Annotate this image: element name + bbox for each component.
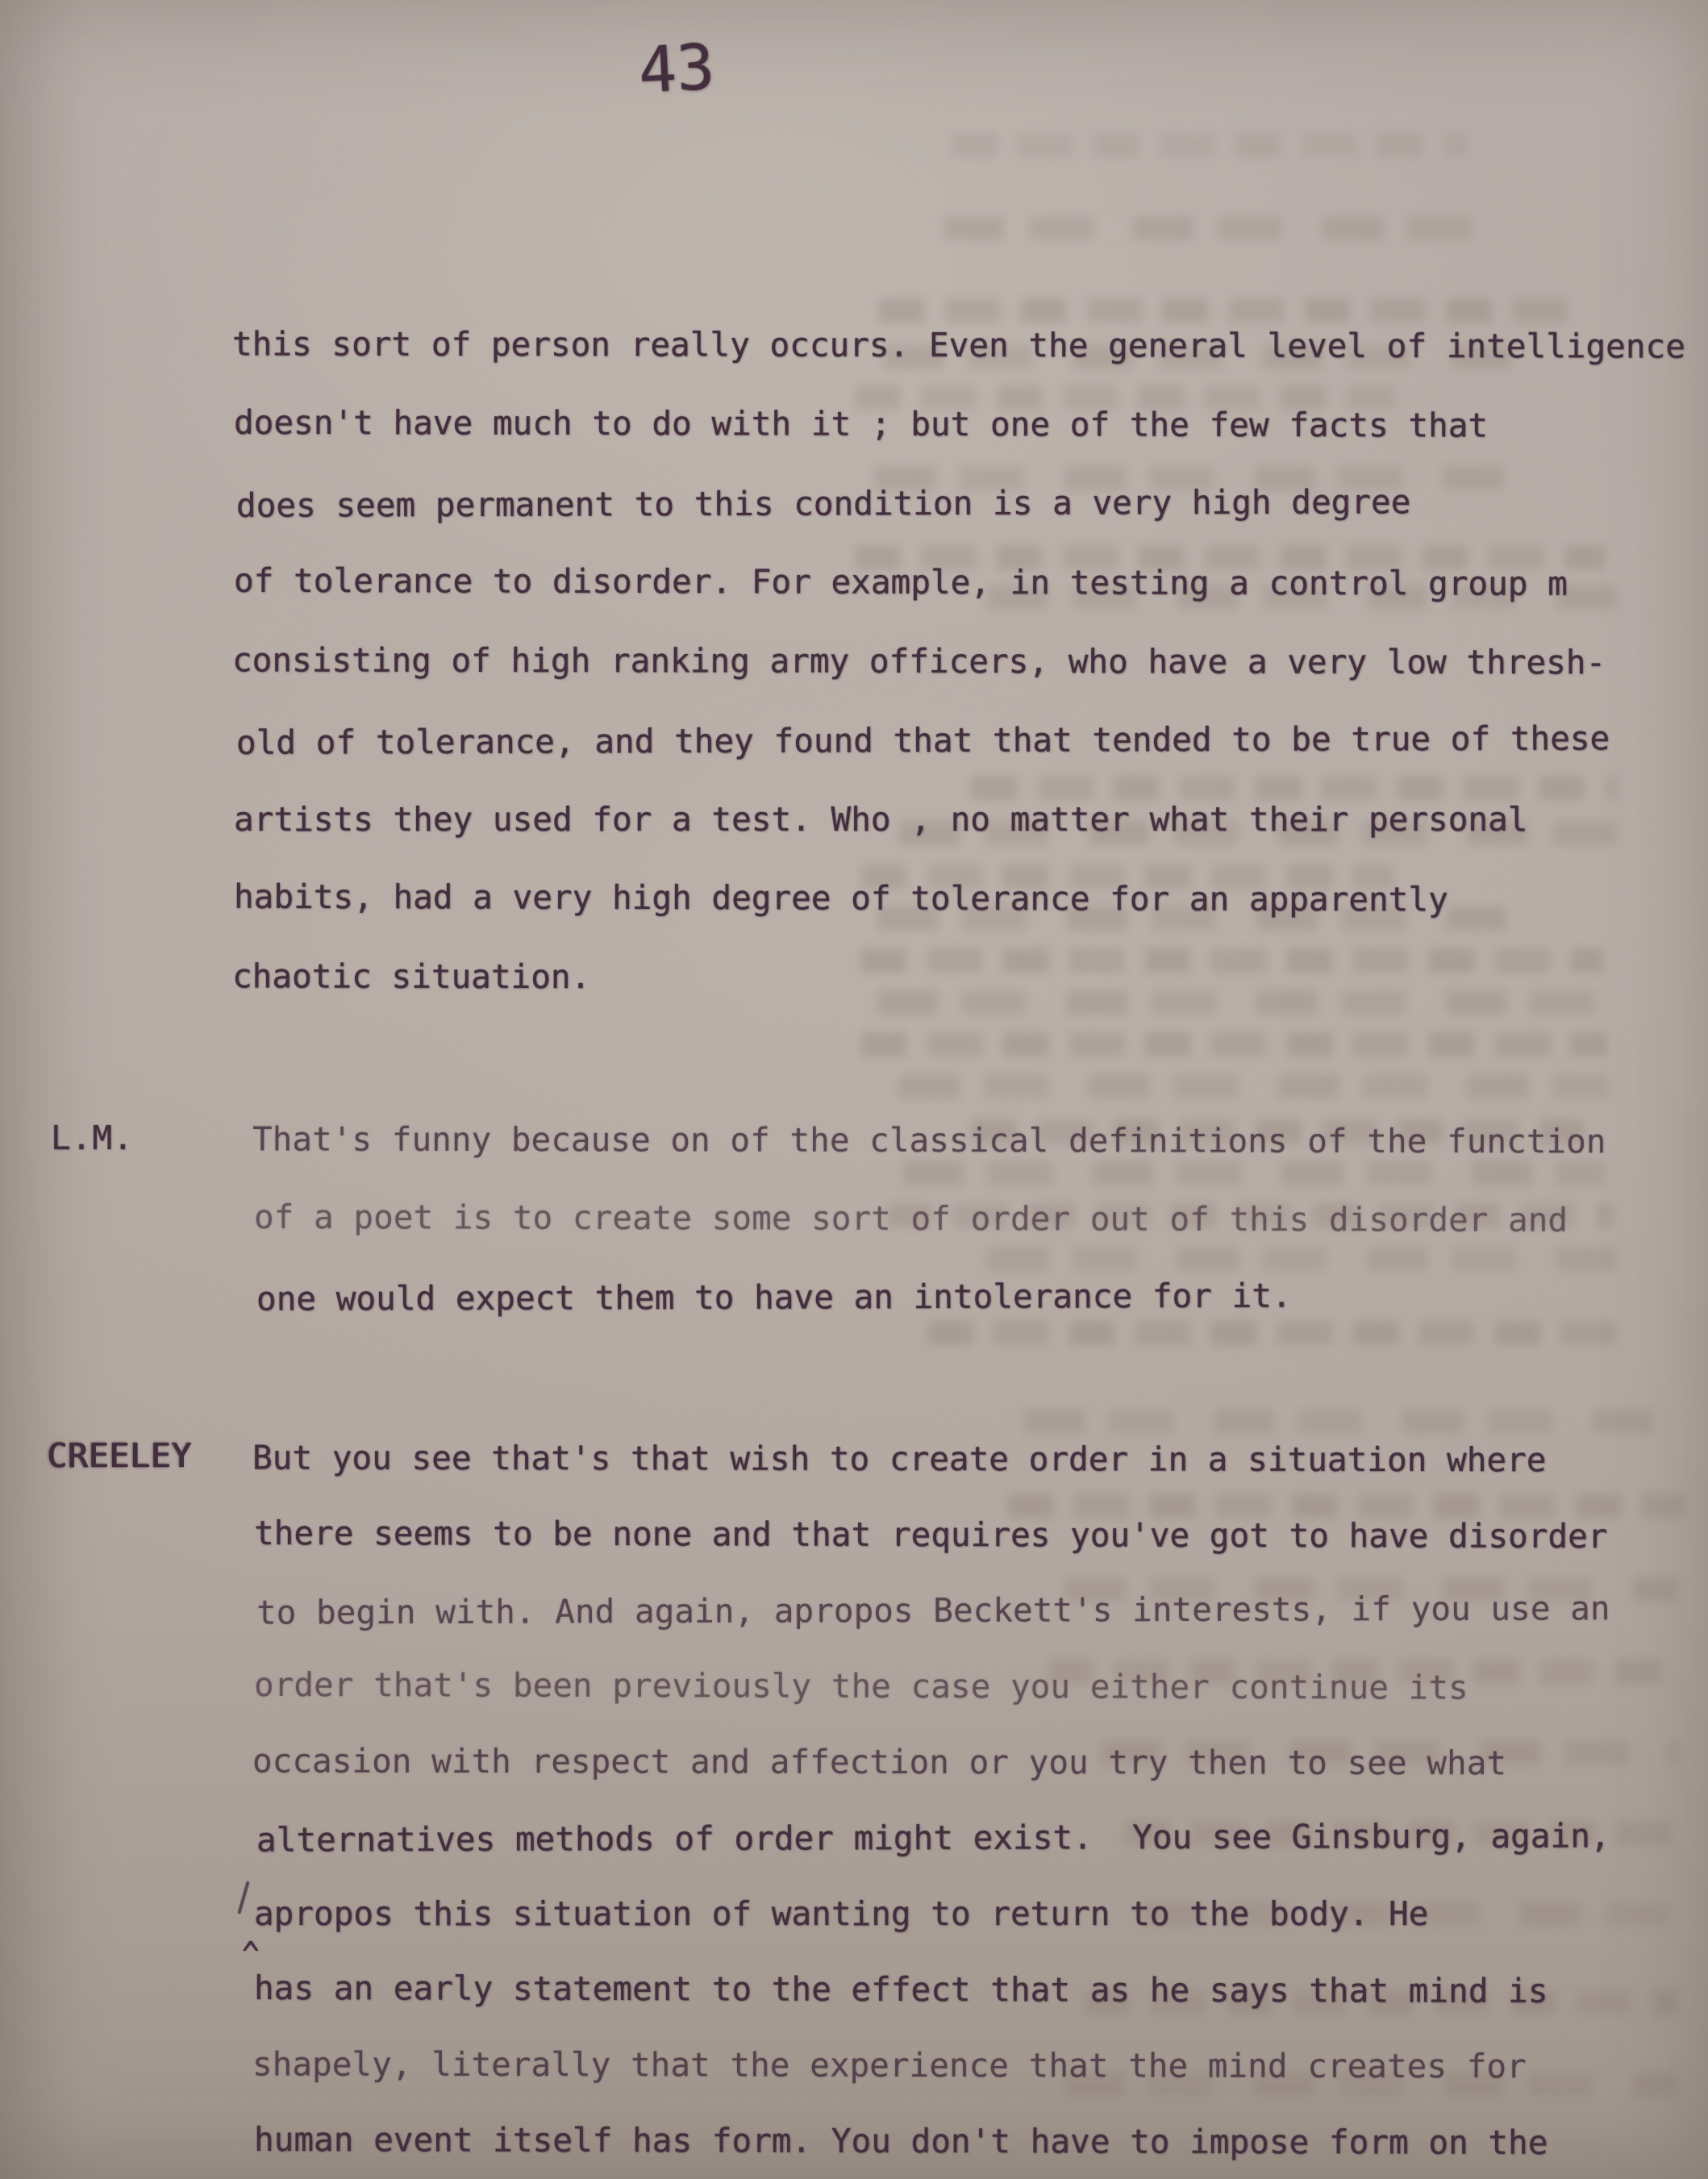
bleed-through-text [883, 1074, 1609, 1098]
text-line: consisting of high ranking army officers… [232, 620, 1685, 702]
text-line: human event itself has form. You don't h… [254, 2102, 1608, 2179]
text-line: But you see that's that wish to create o… [252, 1420, 1606, 1498]
insertion-slash-mark [237, 1881, 249, 1914]
bleed-through-text [952, 133, 1468, 157]
bleed-through-text [861, 1032, 1607, 1056]
text-line: occasion with respect and affection or y… [252, 1723, 1606, 1802]
text-line: to begin with. And again, apropos Becket… [256, 1570, 1610, 1650]
text-line: artists they used for a test. Who , no m… [234, 780, 1687, 859]
speaker-label-lm: L.M. [51, 1122, 134, 1155]
speaker-label-creeley: CREELEY [47, 1439, 192, 1473]
text-line: That's funny because on of the classical… [252, 1101, 1606, 1181]
text-line: of a poet is to create some sort of orde… [254, 1178, 1608, 1260]
text-line: chaotic situation. [232, 936, 1685, 1018]
text-line: habits, had a very high degree of tolera… [234, 857, 1687, 940]
paragraph: But you see that's that wish to create o… [254, 1421, 1608, 2179]
text-line: there seems to be none and that requires… [254, 1495, 1608, 1574]
text-line: apropos this situation of wanting to ret… [254, 1876, 1608, 1952]
bleed-through-text [927, 216, 1476, 240]
text-line: one would expect them to have an intoler… [256, 1256, 1610, 1338]
text-line: of tolerance to disorder. For example, i… [234, 541, 1687, 623]
paragraph: this sort of person really occurs. Even … [234, 306, 1687, 1017]
text-line: this sort of person really occurs. Even … [232, 304, 1685, 385]
text-line: order that's been previously the case yo… [254, 1647, 1608, 1726]
text-line: alternatives methods of order might exis… [256, 1798, 1610, 1877]
manuscript-page: 43 this sort of person really occurs. Ev… [0, 0, 1708, 2179]
text-line: doesn't have much to do with it ; but on… [234, 383, 1687, 465]
text-line: old of tolerance, and they found that th… [236, 698, 1689, 782]
paragraph: That's funny because on of the classical… [254, 1102, 1608, 1336]
insertion-caret-mark: ^ [242, 1939, 260, 1973]
text-line: does seem permanent to this condition is… [236, 461, 1689, 545]
text-line: has an early statement to the effect tha… [254, 1950, 1608, 2029]
text-line: shapely, literally that the experience t… [252, 2027, 1606, 2105]
page-number: 43 [637, 36, 716, 103]
